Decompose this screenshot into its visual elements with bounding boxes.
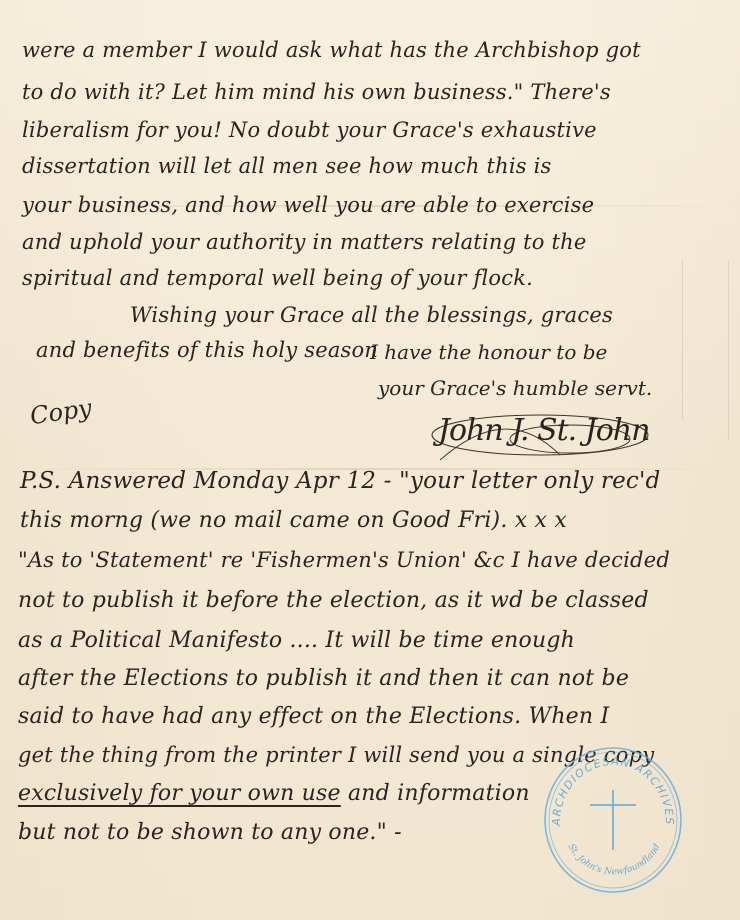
pencil-rule xyxy=(728,260,729,440)
letter-page: were a member I would ask what has the A… xyxy=(0,0,740,920)
archive-stamp: ARCHDIOCESAN ARCHIVES St. John's Newfoun… xyxy=(538,745,688,895)
postscript-line: not to publish it before the election, a… xyxy=(18,590,649,612)
body-line: spiritual and temporal well being of you… xyxy=(22,268,533,289)
postscript-line: "As to 'Statement' re 'Fishermen's Union… xyxy=(18,550,670,571)
wishes-line: and benefits of this holy season xyxy=(36,340,378,361)
closing-line: I have the honour to be xyxy=(370,342,607,362)
closing-line: your Grace's humble servt. xyxy=(378,378,652,398)
postscript-line: this morng (we no mail came on Good Fri)… xyxy=(20,510,567,532)
body-line: and uphold your authority in matters rel… xyxy=(22,232,586,253)
underlined-text: exclusively for your own use xyxy=(18,781,341,806)
body-line: to do with it? Let him mind his own busi… xyxy=(22,82,611,103)
margin-note-copy: Copy xyxy=(28,394,93,430)
body-line: were a member I would ask what has the A… xyxy=(22,40,641,61)
pencil-rule xyxy=(682,260,683,420)
postscript-line: as a Political Manifesto .... It will be… xyxy=(18,630,575,652)
archive-stamp-icon: ARCHDIOCESAN ARCHIVES St. John's Newfoun… xyxy=(538,745,688,895)
postscript-line: P.S. Answered Monday Apr 12 - "your lett… xyxy=(20,470,660,493)
postscript-text: and information xyxy=(341,781,530,806)
wishes-line: Wishing your Grace all the blessings, gr… xyxy=(130,305,613,326)
postscript-line: after the Elections to publish it and th… xyxy=(18,668,629,690)
stamp-bottom-text: St. John's Newfoundland xyxy=(566,842,663,877)
postscript-line: said to have had any effect on the Elect… xyxy=(18,706,609,728)
postscript-line: but not to be shown to any one." - xyxy=(18,822,402,844)
body-line: liberalism for you! No doubt your Grace'… xyxy=(22,120,597,141)
body-line: your business, and how well you are able… xyxy=(22,195,594,216)
svg-text:St. John's Newfoundland: St. John's Newfoundland xyxy=(566,842,663,877)
postscript-line: exclusively for your own use and informa… xyxy=(18,783,530,805)
signature: John J. St. John xyxy=(420,405,650,465)
signature-name: John J. St. John xyxy=(438,413,649,448)
body-line: dissertation will let all men see how mu… xyxy=(22,156,552,177)
pencil-annotations xyxy=(650,260,735,450)
